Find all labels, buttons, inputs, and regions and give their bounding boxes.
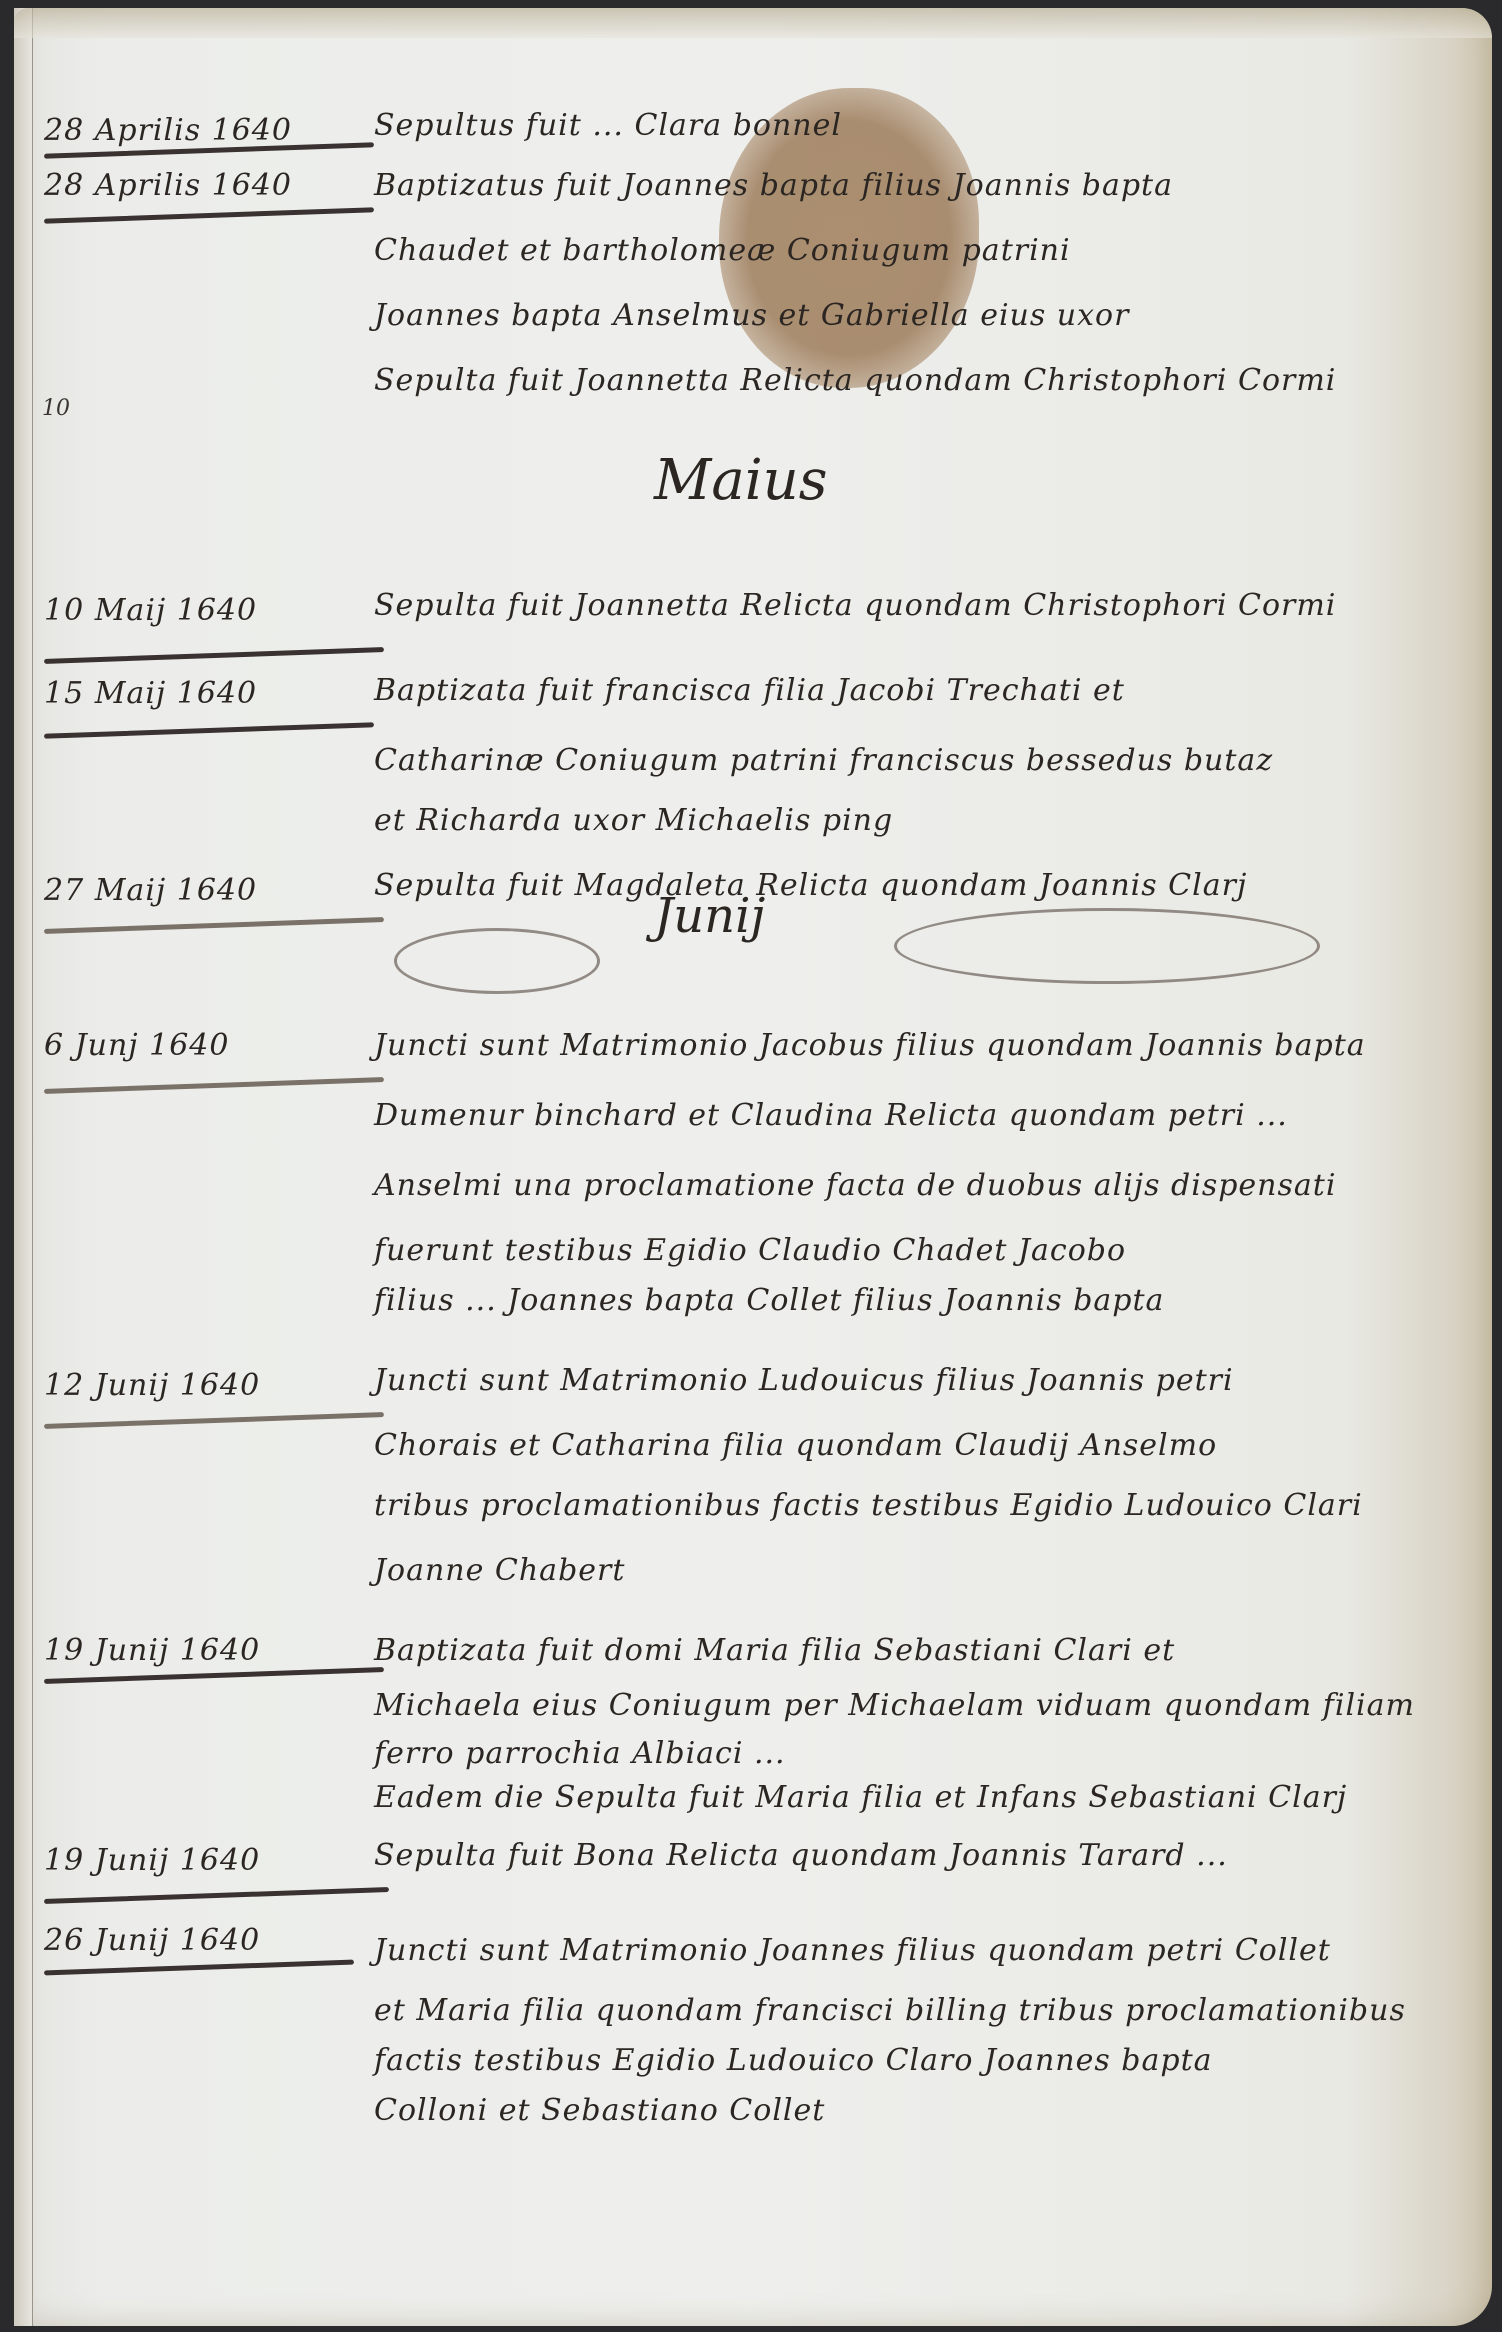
entry-line: Joanne Chabert bbox=[374, 1553, 625, 1588]
entry-divider bbox=[44, 722, 374, 739]
entry-line: Colloni et Sebastiano Collet bbox=[374, 2093, 825, 2128]
entry-line: Chorais et Catharina filia quondam Claud… bbox=[374, 1428, 1217, 1463]
month-heading: Maius bbox=[654, 448, 827, 513]
entry-divider bbox=[44, 917, 384, 934]
entry-date: 26 Junij 1640 bbox=[44, 1923, 260, 1958]
entry-line: Chaudet et bartholomeæ Coniugum patrini bbox=[374, 233, 1071, 268]
entry-line: Sepultus fuit ... Clara bonnel bbox=[374, 108, 842, 143]
entry-date: 28 Aprilis 1640 bbox=[44, 168, 292, 203]
entry-divider bbox=[44, 1667, 384, 1684]
entry-line: Dumenur binchard et Claudina Relicta quo… bbox=[374, 1098, 1288, 1133]
entry-date: 15 Maij 1640 bbox=[44, 676, 257, 711]
entry-line: tribus proclamationibus factis testibus … bbox=[374, 1488, 1363, 1523]
month-heading: Junij bbox=[654, 888, 765, 944]
entry-line: Baptizata fuit francisca filia Jacobi Tr… bbox=[374, 673, 1125, 708]
entry-date: 28 Aprilis 1640 bbox=[44, 113, 292, 148]
entry-line: Juncti sunt Matrimonio Ludouicus filius … bbox=[374, 1363, 1234, 1398]
decorative-flourish-icon bbox=[894, 908, 1320, 984]
page-top-edge bbox=[14, 8, 1492, 38]
entry-line: Eadem die Sepulta fuit Maria filia et In… bbox=[374, 1780, 1347, 1815]
entry-line: Sepulta fuit Magdaleta Relicta quondam J… bbox=[374, 868, 1247, 903]
entry-line: Juncti sunt Matrimonio Jacobus filius qu… bbox=[374, 1028, 1366, 1063]
entry-line: factis testibus Egidio Ludouico Claro Jo… bbox=[374, 2043, 1213, 2078]
entry-date: 27 Maij 1640 bbox=[44, 873, 257, 908]
entry-line: Sepulta fuit Joannetta Relicta quondam C… bbox=[374, 588, 1336, 623]
entry-line: Joannes bapta Anselmus et Gabriella eius… bbox=[374, 298, 1129, 333]
entry-divider bbox=[44, 1887, 389, 1904]
entry-line: Catharinæ Coniugum patrini franciscus be… bbox=[374, 743, 1273, 778]
entry-divider bbox=[44, 647, 384, 664]
binding-edge bbox=[14, 8, 33, 2326]
entry-line: filius ... Joannes bapta Collet filius J… bbox=[374, 1283, 1164, 1318]
entry-date: 19 Junij 1640 bbox=[44, 1843, 260, 1878]
decorative-flourish-icon bbox=[394, 928, 600, 994]
entry-divider bbox=[44, 1077, 384, 1094]
entry-line: et Maria filia quondam francisci billing… bbox=[374, 1993, 1406, 2028]
register-page: 28 Aprilis 1640 Sepultus fuit ... Clara … bbox=[14, 8, 1492, 2326]
entry-divider bbox=[44, 207, 374, 224]
entry-date: 19 Junij 1640 bbox=[44, 1633, 260, 1668]
entry-date: 12 Junij 1640 bbox=[44, 1368, 260, 1403]
entry-date: 10 Maij 1640 bbox=[44, 593, 257, 628]
entry-line: Sepulta fuit Bona Relicta quondam Joanni… bbox=[374, 1838, 1228, 1873]
entry-line: Baptizata fuit domi Maria filia Sebastia… bbox=[374, 1633, 1175, 1668]
entry-date: 6 Junj 1640 bbox=[44, 1028, 229, 1063]
entry-line: ferro parrochia Albiaci ... bbox=[374, 1736, 786, 1771]
entry-line: Michaela eius Coniugum per Michaelam vid… bbox=[374, 1688, 1415, 1723]
entry-line: et Richarda uxor Michaelis ping bbox=[374, 803, 893, 838]
entry-line: Sepulta fuit Joannetta Relicta quondam C… bbox=[374, 363, 1336, 398]
entry-divider bbox=[44, 1412, 384, 1429]
entry-divider bbox=[44, 1960, 354, 1976]
entry-line: fuerunt testibus Egidio Claudio Chadet J… bbox=[374, 1233, 1126, 1268]
margin-number: 10 bbox=[42, 396, 70, 421]
entry-line: Baptizatus fuit Joannes bapta filius Joa… bbox=[374, 168, 1173, 203]
entry-line: Anselmi una proclamatione facta de duobu… bbox=[374, 1168, 1336, 1203]
entry-line: Juncti sunt Matrimonio Joannes filius qu… bbox=[374, 1933, 1331, 1968]
